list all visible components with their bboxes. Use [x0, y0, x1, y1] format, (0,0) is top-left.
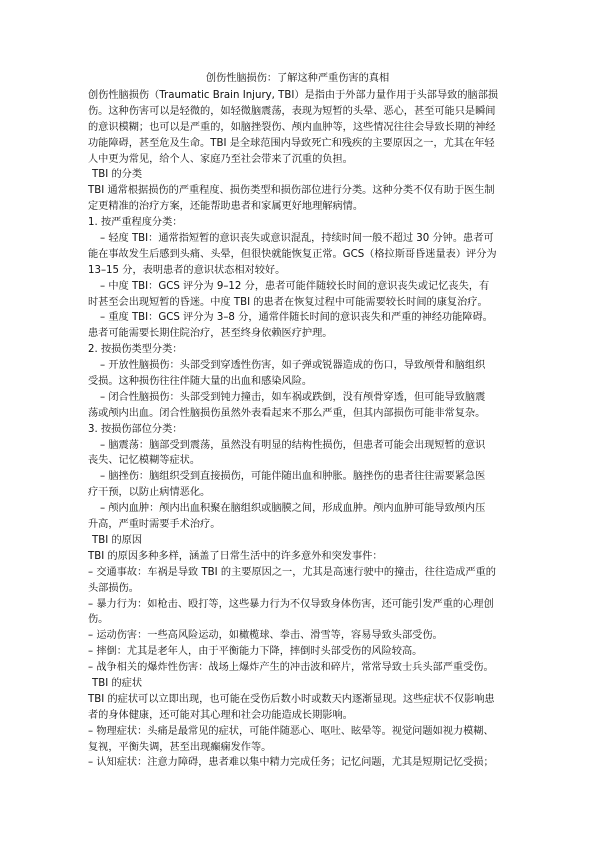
list-item: – 物理症状：头痛是最常见的症状，可能伴随恶心、呕吐、眩晕等。视觉问题如视力模糊…: [88, 724, 508, 740]
paragraph-line: 定更精准的治疗方案，还能帮助患者和家属更好地理解病情。: [88, 199, 508, 215]
list-item-continuation: 复视，平衡失调，甚至出现癫痫发作等。: [88, 740, 508, 756]
section-heading-symptoms: TBI 的症状: [88, 676, 508, 692]
paragraph-line: 创伤性脑损伤（Traumatic Brain Injury, TBI）是指由于外…: [88, 88, 508, 104]
list-item-continuation: 患者可能需要长期住院治疗，甚至终身依赖医疗护理。: [88, 326, 508, 342]
list-item: – 颅内血肿：颅内出血积聚在脑组织或脑膜之间，形成血肿。颅内血肿可能导致颅内压: [88, 501, 508, 517]
list-heading: 1. 按严重程度分类：: [88, 215, 508, 231]
paragraph-line: 者的身体健康，还可能对其心理和社会功能造成长期影响。: [88, 708, 508, 724]
list-item-continuation: 伤。: [88, 612, 508, 628]
list-item-continuation: 升高，严重时需要手术治疗。: [88, 517, 508, 533]
paragraph-line: 人中更为常见，给个人、家庭乃至社会带来了沉重的负担。: [88, 152, 508, 168]
list-item: – 开放性脑损伤：头部受到穿透性伤害，如子弹或锐器造成的伤口，导致颅骨和脑组织: [88, 358, 508, 374]
list-item: – 脑震荡：脑部受到震荡，虽然没有明显的结构性损伤，但患者可能会出现短暂的意识: [88, 438, 508, 454]
list-item-continuation: 13–15 分，表明患者的意识状态相对较好。: [88, 263, 508, 279]
list-item-continuation: 时甚至会出现短暂的昏迷。中度 TBI 的患者在恢复过程中可能需要较长时间的康复治…: [88, 295, 508, 311]
list-heading: 3. 按损伤部位分类：: [88, 422, 508, 438]
paragraph-line: 的意识模糊；也可以是严重的，如脑挫裂伤、颅内血肿等，这些情况往往会导致长期的神经: [88, 120, 508, 136]
list-item-continuation: 丧失、记忆模糊等症状。: [88, 453, 508, 469]
paragraph-line: 功能障碍，甚至危及生命。TBI 是全球范围内导致死亡和残疾的主要原因之一，尤其在…: [88, 136, 508, 152]
list-item: – 暴力行为：如枪击、殴打等，这些暴力行为不仅导致身体伤害，还可能引发严重的心理…: [88, 597, 508, 613]
document-title: 创伤性脑损伤：了解这种严重伤害的真相: [0, 71, 595, 87]
paragraph-line: TBI 的症状可以立即出现，也可能在受伤后数小时或数天内逐渐显现。这些症状不仅影…: [88, 692, 508, 708]
list-item: – 交通事故：车祸是导致 TBI 的主要原因之一，尤其是高速行驶中的撞击，往往造…: [88, 565, 508, 581]
paragraph-line: TBI 的原因多种多样，涵盖了日常生活中的许多意外和突发事件：: [88, 549, 508, 565]
list-item-continuation: 荡或颅内出血。闭合性脑损伤虽然外表看起来不那么严重，但其内部损伤可能非常复杂。: [88, 406, 508, 422]
list-item: – 重度 TBI：GCS 评分为 3–8 分，通常伴随长时间的意识丧失和严重的神…: [88, 310, 508, 326]
list-item-continuation: 疗干预，以防止病情恶化。: [88, 485, 508, 501]
list-item-continuation: 受损。这种损伤往往伴随大量的出血和感染风险。: [88, 374, 508, 390]
list-heading: 2. 按损伤类型分类：: [88, 342, 508, 358]
document-body: 创伤性脑损伤（Traumatic Brain Injury, TBI）是指由于外…: [88, 88, 508, 771]
list-item: – 摔倒：尤其是老年人，由于平衡能力下降，摔倒时头部受伤的风险较高。: [88, 644, 508, 660]
paragraph-line: 伤。这种伤害可以是轻微的，如轻微脑震荡，表现为短暂的头晕、恶心，甚至可能只是瞬间: [88, 104, 508, 120]
list-item: – 脑挫伤：脑组织受到直接损伤，可能伴随出血和肿胀。脑挫伤的患者往往需要紧急医: [88, 469, 508, 485]
list-item: – 运动伤害：一些高风险运动，如橄榄球、拳击、滑雪等，容易导致头部受伤。: [88, 628, 508, 644]
list-item-continuation: 能在事故发生后感到头痛、头晕，但很快就能恢复正常。GCS（格拉斯哥昏迷量表）评分…: [88, 247, 508, 263]
list-item: – 战争相关的爆炸性伤害：战场上爆炸产生的冲击波和碎片，常常导致士兵头部严重受伤…: [88, 660, 508, 676]
paragraph-line: TBI 通常根据损伤的严重程度、损伤类型和损伤部位进行分类。这种分类不仅有助于医…: [88, 183, 508, 199]
section-heading-classification: TBI 的分类: [88, 167, 508, 183]
document-page: 创伤性脑损伤：了解这种严重伤害的真相 创伤性脑损伤（Traumatic Brai…: [0, 0, 595, 841]
list-item: – 轻度 TBI：通常指短暂的意识丧失或意识混乱，持续时间一般不超过 30 分钟…: [88, 231, 508, 247]
section-heading-causes: TBI 的原因: [88, 533, 508, 549]
list-item: – 中度 TBI：GCS 评分为 9–12 分，患者可能伴随较长时间的意识丧失或…: [88, 279, 508, 295]
list-item: – 闭合性脑损伤：头部受到钝力撞击，如车祸或跌倒，没有颅骨穿透，但可能导致脑震: [88, 390, 508, 406]
list-item-continuation: 头部损伤。: [88, 581, 508, 597]
list-item: – 认知症状：注意力障碍，患者难以集中精力完成任务；记忆问题，尤其是短期记忆受损…: [88, 755, 508, 771]
